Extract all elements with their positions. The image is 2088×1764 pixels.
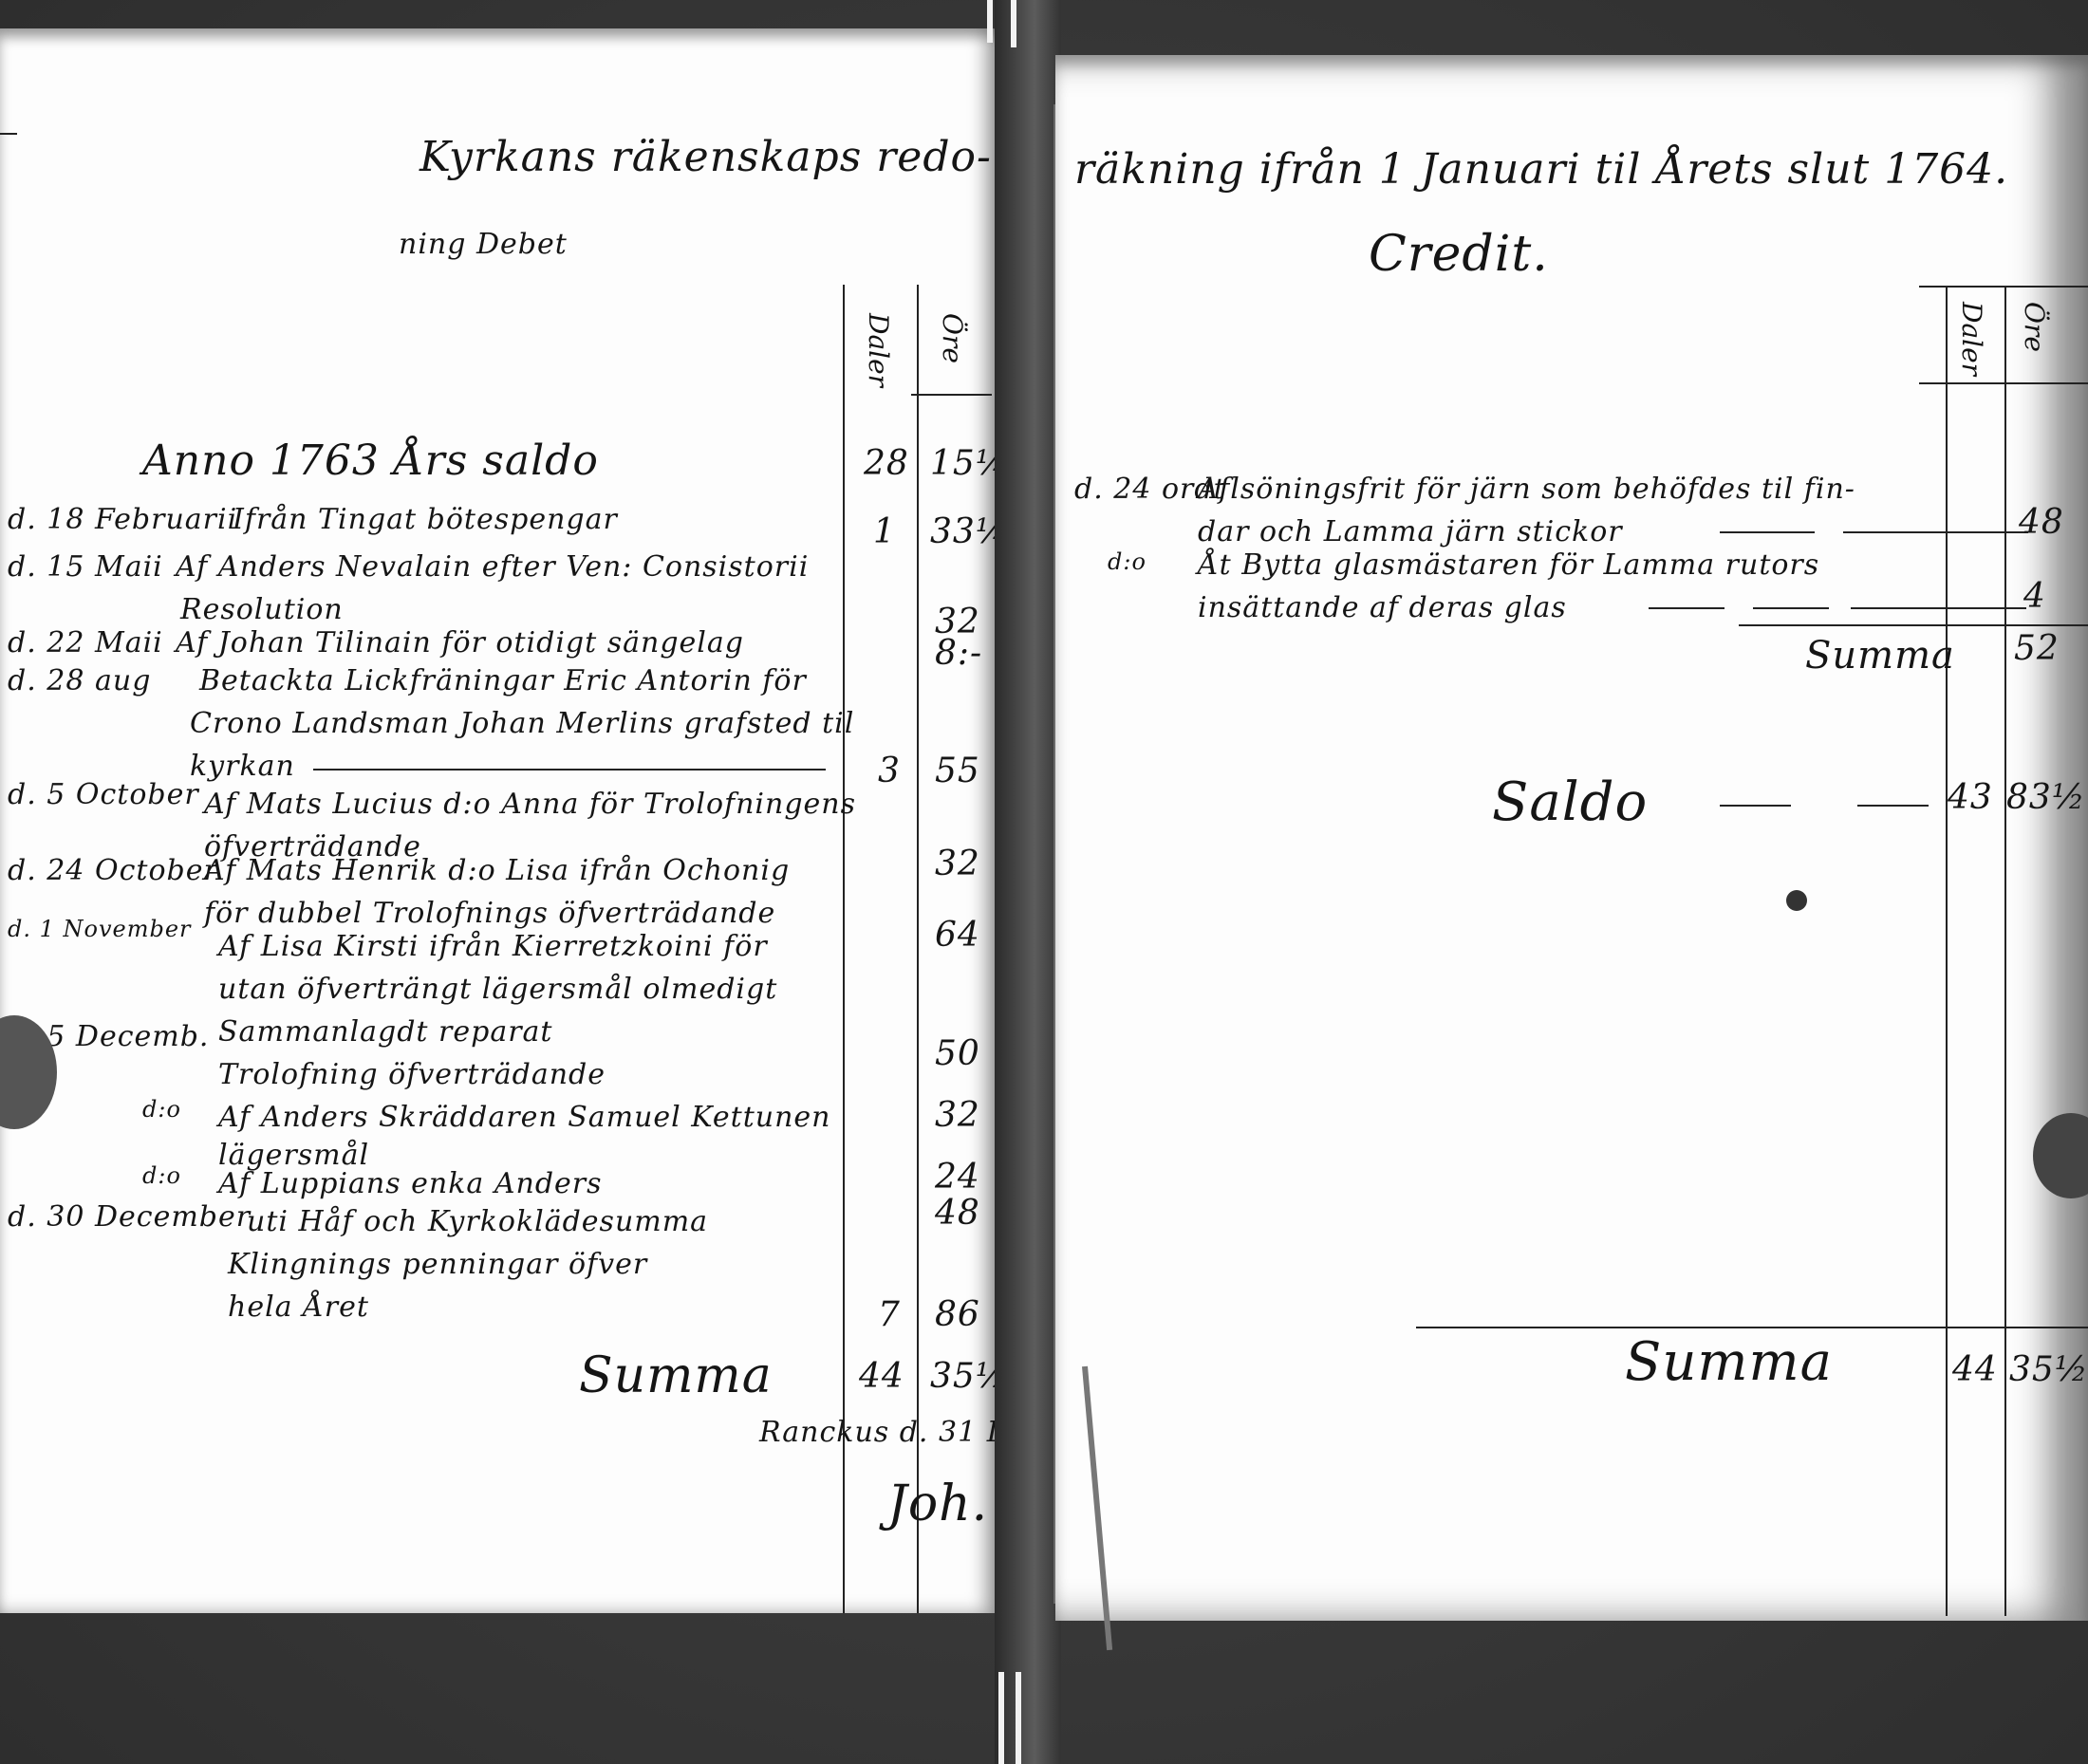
column-header-ore: Öre xyxy=(2019,302,2050,352)
ink-spot xyxy=(1786,890,1807,911)
filler-dash xyxy=(1720,805,1791,807)
entry-date: d. 28 aug xyxy=(8,664,151,697)
entry-date: d. 30 December xyxy=(8,1200,251,1234)
entry-daler: 3 xyxy=(878,752,901,790)
entry-text-cont: utan öfverträngt lägersmål olmedigt xyxy=(218,973,777,1006)
entry-text-cont: kyrkan xyxy=(190,750,295,783)
entry-ore: 4 xyxy=(2023,577,2046,616)
header-rule xyxy=(911,394,992,396)
entry-date: d. 22 Maii xyxy=(8,626,163,659)
entry-text: Betackta Lickfräningar Eric Antorin för xyxy=(199,664,807,697)
filler-dash xyxy=(1649,607,1724,609)
daler-column-rule xyxy=(1946,288,1948,1616)
heading-right-part: räkning ifrån 1 Januari til Årets slut 1… xyxy=(1074,145,2008,194)
left-page-debet: Kyrkans räkenskaps redo- ning Debet Dale… xyxy=(0,28,997,1613)
entry-daler: 1 xyxy=(873,512,896,551)
summa-ore: 52 xyxy=(2014,629,2060,668)
opening-saldo-text: Anno 1763 Års saldo xyxy=(142,436,599,485)
filler-dash xyxy=(1851,607,2026,609)
summa-daler: 44 xyxy=(859,1357,904,1396)
entry-date-ditto: d:o xyxy=(142,1096,181,1123)
film-sprocket-line xyxy=(987,0,993,43)
saldo-daler: 43 xyxy=(1948,778,1993,817)
header-rule xyxy=(1919,382,2088,384)
film-sprocket-line xyxy=(1011,0,1016,47)
stain xyxy=(2033,1113,2088,1198)
entry-text: Af Mats Lucius d:o Anna för Trolofningen… xyxy=(204,788,856,821)
entry-text: Åt Bytta glasmästaren för Lamma rutors xyxy=(1198,548,1819,582)
entry-date: d. 5 October xyxy=(8,778,199,811)
entry-ore: 48 xyxy=(935,1194,980,1233)
saldo-ore: 83½ xyxy=(2006,778,2086,817)
daler-column-rule xyxy=(843,285,845,1613)
entry-text: Af Anders Nevalain efter Ven: Consistori… xyxy=(176,550,809,584)
entry-ore: 48 xyxy=(2019,503,2064,542)
entry-date-ditto: d:o xyxy=(142,1162,181,1189)
entry-text-cont: Klingnings penningar öfver xyxy=(228,1248,647,1281)
entry-text: Af Lisa Kirsti ifrån Kierretzkoini för xyxy=(218,930,768,963)
entry-text-cont: Resolution xyxy=(180,593,344,626)
entry-ore: 24 xyxy=(935,1158,980,1197)
entry-text-cont: insättande af deras glas xyxy=(1198,591,1567,624)
entry-text-cont: Crono Landsman Johan Merlins grafsted ti… xyxy=(190,707,854,740)
summa-label: Summa xyxy=(579,1347,773,1404)
entry-date: d. 15 Maii xyxy=(8,550,163,584)
column-header-ore: Öre xyxy=(937,313,968,363)
credit-label: Credit. xyxy=(1369,226,1549,283)
entry-text-cont: dar och Lamma järn stickor xyxy=(1198,515,1623,548)
summa-label: Summa xyxy=(1805,634,1955,678)
entry-ore: 32 xyxy=(935,845,980,883)
entry-daler: 7 xyxy=(878,1295,901,1334)
book-gutter xyxy=(995,0,1061,1764)
entry-text: Ifrån Tingat bötespengar xyxy=(233,503,618,536)
filler-dash xyxy=(1720,531,1815,533)
ore-column-rule xyxy=(917,285,919,1613)
entry-text: Af Luppians enka Anders xyxy=(218,1167,603,1200)
entry-ore: 8:- xyxy=(935,634,982,673)
entry-text: Aflsöningsfrit för järn som behöfdes til… xyxy=(1198,473,1855,506)
film-sprocket-line xyxy=(1016,1672,1021,1764)
entry-ore: 86 xyxy=(935,1295,980,1334)
left-side-label: ning Debet xyxy=(399,228,568,261)
entry-text: Af Anders Skräddaren Samuel Kettunen xyxy=(218,1101,830,1134)
entry-text: Af Johan Tilinain för otidigt sängelag xyxy=(176,626,744,659)
margin-rule xyxy=(0,133,17,135)
ore-column-rule xyxy=(2004,288,2006,1616)
column-header-daler: Daler xyxy=(1956,302,1987,376)
filler-dash xyxy=(1753,607,1829,609)
entry-date-ditto: d:o xyxy=(1108,548,1147,575)
entry-date: d. 24 October xyxy=(8,854,218,887)
total-ore: 35½ xyxy=(2009,1350,2088,1389)
entry-text: Af Mats Henrik d:o Lisa ifrån Ochonig xyxy=(204,854,790,887)
entry-text-cont: Sammanlagdt reparat xyxy=(218,1015,553,1049)
entry-text-cont: Trolofning öfverträdande xyxy=(218,1058,606,1091)
filler-dash xyxy=(1843,531,2028,533)
film-sprocket-line xyxy=(998,1672,1004,1764)
saldo-label: Saldo xyxy=(1492,771,1648,833)
total-daler: 44 xyxy=(1952,1350,1998,1389)
entry-text-cont: för dubbel Trolofnings öfverträdande xyxy=(204,897,775,930)
header-rule xyxy=(1919,286,2088,288)
total-label: Summa xyxy=(1625,1331,1833,1393)
column-header-daler: Daler xyxy=(863,313,894,387)
entry-ore: 32 xyxy=(935,1096,980,1135)
filler-dash xyxy=(1857,805,1929,807)
entry-ore: 50 xyxy=(935,1034,980,1073)
entry-text: uti Håf och Kyrkoklädesumma xyxy=(247,1205,708,1238)
filler-dash xyxy=(313,769,826,771)
sum-rule xyxy=(1739,624,2088,626)
opening-daler: 28 xyxy=(864,444,909,483)
right-page-credit: räkning ifrån 1 Januari til Årets slut 1… xyxy=(1055,55,2088,1621)
total-rule xyxy=(1416,1327,2088,1328)
entry-date: d. 18 Februarii xyxy=(8,503,237,536)
entry-text-cont: hela Året xyxy=(228,1291,369,1324)
entry-ore: 64 xyxy=(935,916,980,955)
entry-ore: 55 xyxy=(935,752,980,790)
entry-date: d. 1 November xyxy=(8,916,192,942)
heading-left-part: Kyrkans räkenskaps redo- xyxy=(419,133,992,181)
